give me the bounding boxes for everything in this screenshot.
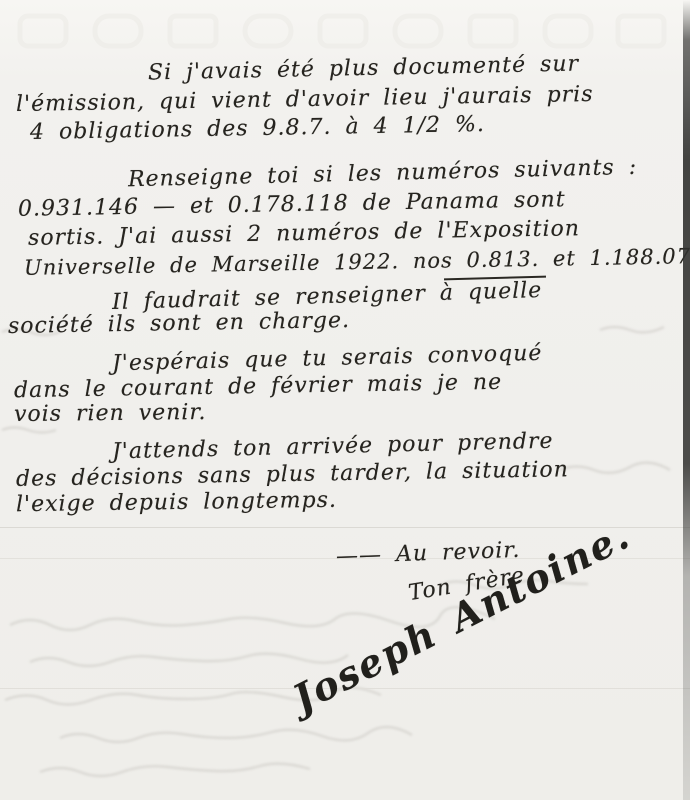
page-edge-shadow xyxy=(683,0,690,800)
letter-line: l'exige depuis longtemps. xyxy=(16,488,337,517)
letter-line: vois rien venir. xyxy=(14,400,207,427)
scanned-letter-page: Si j'avais été plus documenté sur l'émis… xyxy=(0,0,690,800)
